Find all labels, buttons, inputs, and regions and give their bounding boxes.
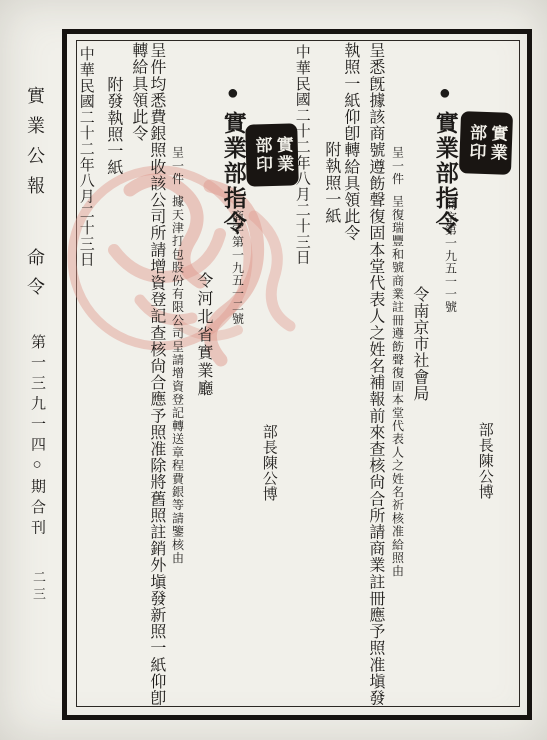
spine-section-label: 命令 [21,248,45,306]
order1-bullet-icon: ● [434,82,456,106]
spine-title: 實業公報 [21,86,45,206]
seal2-right-text: 實業 [274,135,294,173]
order2-doc-number: 商字第一九五一二號 [230,210,243,325]
order2-date: 中華民國二十二年八月二十三日 [77,46,94,267]
seal1-right-text: 實業 [487,124,507,163]
order1-subject-label: 呈一件 [390,146,404,186]
order2-attachment: 附發執照一紙 [104,76,122,176]
order2-subject-text: 據天津打包股份有限公司呈請增資登記轉送章程費銀等請鑒核由 [170,186,184,565]
order1-attachment: 附執照一紙 [322,141,340,224]
gazette-page: 實業公報 命令 第一三九一四○期合刊 二三 ●實業部指令 實業部印 商字第一九五… [0,0,547,740]
order1-addressee: 令南京市社會局 [410,286,428,402]
ministry-seal-2: 實業部印 [245,123,299,186]
spine-page-number: 二三 [21,570,45,604]
order2-body-line2: 轉給具領此令 [129,42,147,142]
order1-body-line1: 呈悉旣據該商號遵飭聲復固本堂代表人之姓名補報前來查核尙合所請商業註冊應予照准塡發 [366,42,384,706]
seal1-left-text: 部印 [466,123,486,162]
order1-doc-number: 商字第一九五一一號 [443,198,456,313]
order1-subject: 呈一件呈復瑞豐和號商業註冊遵飭聲復固本堂代表人之姓名祈核准給照由 [390,146,403,577]
order1-signature: 部長陳公博 [476,422,493,500]
order2-bullet-icon: ● [222,82,244,106]
order1-body-line2: 執照一紙仰卽轉給具領此令 [341,42,359,241]
order2-subject-label: 呈一件 [170,146,184,186]
order2-signature: 部長陳公博 [260,424,277,502]
order1-subject-text: 呈復瑞豐和號商業註冊遵飭聲復固本堂代表人之姓名祈核准給照由 [390,186,404,578]
seal2-left-text: 部印 [252,136,272,174]
order2-subject: 呈一件據天津打包股份有限公司呈請增資登記轉送章程費銀等請鑒核由 [170,146,183,564]
ministry-seal-1: 實業部印 [459,111,513,175]
spine-issue-number: 第一三九一四○期合刊 [21,334,45,540]
order2-body-line1: 呈件均悉費銀照收該公司所請增資登記查核尙合應予照准除將舊照註銷外塡發新照一紙仰卽 [147,42,165,706]
order2-addressee: 令河北省實業廳 [194,272,212,398]
